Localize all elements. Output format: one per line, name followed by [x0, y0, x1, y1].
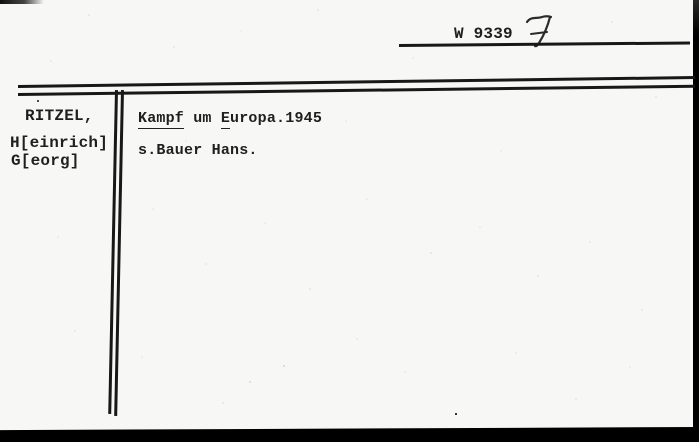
scan-edge-artifact-right	[693, 0, 699, 442]
title-word-underlined: Kampf	[138, 110, 184, 129]
scan-edge-artifact-top-left	[0, 0, 44, 4]
see-reference: s.Bauer Hans.	[138, 142, 258, 159]
scan-edge-artifact-bottom	[0, 427, 699, 442]
call-number: W 9339	[454, 25, 513, 43]
title-rest: uropa.1945	[230, 110, 322, 127]
title-connector: um	[184, 110, 221, 127]
catalog-card-scan: W 9339 RITZEL, H[einrich] G[eorg] Kampf …	[0, 0, 699, 442]
author-surname: RITZEL,	[25, 107, 94, 125]
title-initial-underlined: E	[221, 110, 230, 129]
author-forename-second: G[eorg]	[11, 152, 80, 170]
author-forename-first: H[einrich]	[10, 134, 108, 152]
scan-noise-speckles	[0, 0, 2, 2]
title-line: Kampf um Europa.1945	[138, 110, 322, 127]
